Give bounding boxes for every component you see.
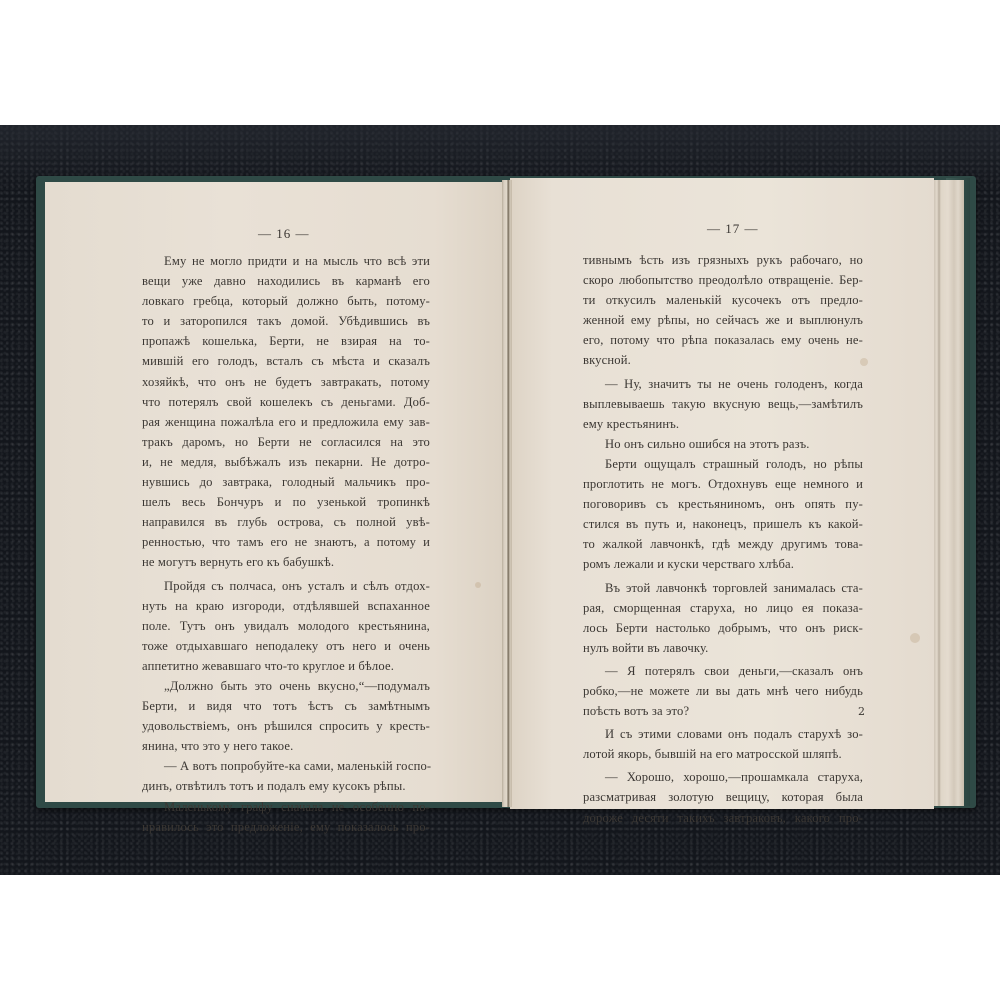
- text-line: робко,—не можете ли вы дать мнѣ чего ниб…: [583, 681, 863, 701]
- text-line: то и заторопился такъ домой. Убѣдившись …: [142, 311, 430, 331]
- text-line: шелъ весь Бончуръ и по узенькой тропинкѣ: [142, 492, 430, 512]
- photo-canvas: — 16 — — 17 — Ему не могло придти и на м…: [0, 0, 1000, 1000]
- text-line: дороже десяти такихъ завтраковъ, какого …: [583, 808, 863, 828]
- text-line: ренностью, что тамъ его не знаютъ, а пот…: [142, 532, 430, 552]
- text-line: вещи уже давно находились въ карманѣ его: [142, 271, 430, 291]
- text-line: то жалкой лавчонкѣ, гдѣ между другимъ то…: [583, 534, 863, 554]
- text-line: ти откусилъ маленькій кусочекъ отъ предл…: [583, 290, 863, 310]
- printer-signature-mark: 2: [858, 705, 865, 718]
- text-line: нулъ войти въ лавочку.: [583, 638, 863, 658]
- text-line: тоже отдыхавшаго неподалеку отъ него и о…: [142, 636, 430, 656]
- text-line: рая, сморщенная старуха, но лицо ея пока…: [583, 598, 863, 618]
- text-line: Въ этой лавчонкѣ торговлей занималась ст…: [583, 578, 863, 598]
- text-line: проглотить не могъ. Отдохнувъ еще немног…: [583, 474, 863, 494]
- text-line: динъ, отвѣтилъ тотъ и подалъ ему кусокъ …: [142, 776, 430, 796]
- text-line: Берти, и видя что тотъ ѣстъ съ замѣтнымъ: [142, 696, 430, 716]
- text-line: „Должно быть это очень вкусно,“—подумалъ: [142, 676, 430, 696]
- text-line: не могутъ вернуть его къ бабушкѣ.: [142, 552, 430, 572]
- text-line: ромъ лежали и куски черстваго хлѣба.: [583, 554, 863, 574]
- page-stack-edge: [934, 180, 964, 806]
- text-line: нувшись до завтрака, голодный мальчикъ п…: [142, 472, 430, 492]
- text-line: Маленькому графу сначала не особенно по-: [142, 797, 430, 817]
- text-line: лотой якорь, бывшій на его матросской шл…: [583, 744, 863, 764]
- text-line: тракъ даромъ, но Берти не согласился на …: [142, 432, 430, 452]
- text-line: тивнымъ ѣсть изъ грязныхъ рукъ рабочаго,…: [583, 250, 863, 270]
- paper-stain: [475, 582, 481, 588]
- text-line: его, потому что рѣпа показалась ему очен…: [583, 330, 863, 350]
- text-line: ему крестьянинъ.: [583, 414, 863, 434]
- book-spine-gutter: [502, 180, 512, 807]
- text-line: женной ему рѣпы, но сейчасъ же и выплюну…: [583, 310, 863, 330]
- right-page-text: тивнымъ ѣсть изъ грязныхъ рукъ рабочаго,…: [583, 250, 863, 828]
- text-line: — Хорошо, хорошо,—прошамкала старуха,: [583, 767, 863, 787]
- text-line: поговоривъ съ крестьяниномъ, онъ опять п…: [583, 494, 863, 514]
- left-page-text: Ему не могло придти и на мысль что всѣ э…: [142, 251, 430, 837]
- text-line: направился въ глубь острова, съ полной у…: [142, 512, 430, 532]
- text-line: мившій его голодъ, всталъ съ мѣста и ска…: [142, 351, 430, 371]
- text-line: вкусной.: [583, 350, 863, 370]
- text-line: нравилось это предложеніе, ему показалос…: [142, 817, 430, 837]
- text-line: рая женщина пожалѣла его и предложила ем…: [142, 412, 430, 432]
- text-line: удовольствіемъ, онъ рѣшился спросить у к…: [142, 716, 430, 736]
- text-line: И съ этими словами онъ подалъ старухѣ зо…: [583, 724, 863, 744]
- text-line: стился въ путь и, наконецъ, пришелъ къ к…: [583, 514, 863, 534]
- text-line: пропажѣ кошелька, Берти, не взирая на то…: [142, 331, 430, 351]
- text-line: нуть на краю изгороди, отдѣлявшей вспаха…: [142, 596, 430, 616]
- text-line: — Ну, значитъ ты не очень голоденъ, когд…: [583, 374, 863, 394]
- text-line: Ему не могло придти и на мысль что всѣ э…: [142, 251, 430, 271]
- text-line: поѣсть вотъ за это?: [583, 701, 863, 721]
- text-line: Но онъ сильно ошибся на этотъ разъ.: [583, 434, 863, 454]
- text-line: хозяйкѣ, что онъ не будетъ завтракать, п…: [142, 372, 430, 392]
- text-line: лось Берти настолько добрымъ, что онъ ри…: [583, 618, 863, 638]
- text-line: Пройдя съ полчаса, онъ усталъ и сѣлъ отд…: [142, 576, 430, 596]
- text-line: что потерялъ свой кошелекъ съ деньгами. …: [142, 392, 430, 412]
- text-line: — Я потерялъ свои деньги,—сказалъ онъ: [583, 661, 863, 681]
- text-line: и, не медля, выбѣжалъ изъ пекарни. Не до…: [142, 452, 430, 472]
- text-line: янина, что это у него такое.: [142, 736, 430, 756]
- page-number-left: — 16 —: [258, 226, 310, 242]
- paper-stain: [910, 633, 920, 643]
- text-line: выплевываешь такую вкусную вещь,—замѣтил…: [583, 394, 863, 414]
- text-line: — А вотъ попробуйте-ка сами, маленькій г…: [142, 756, 430, 776]
- page-number-right: — 17 —: [707, 221, 759, 237]
- text-line: аппетитно жевавшаго что-то круглое и бѣл…: [142, 656, 430, 676]
- text-line: Берти ощущалъ страшный голодъ, но рѣпы: [583, 454, 863, 474]
- text-line: скоро любопытство преодолѣло отвращеніе.…: [583, 270, 863, 290]
- text-line: ловкаго гребца, который должно быть, пот…: [142, 291, 430, 311]
- text-line: поле. Тутъ онъ увидалъ молодого крестьян…: [142, 616, 430, 636]
- text-line: разсматривая золотую вещицу, которая был…: [583, 787, 863, 807]
